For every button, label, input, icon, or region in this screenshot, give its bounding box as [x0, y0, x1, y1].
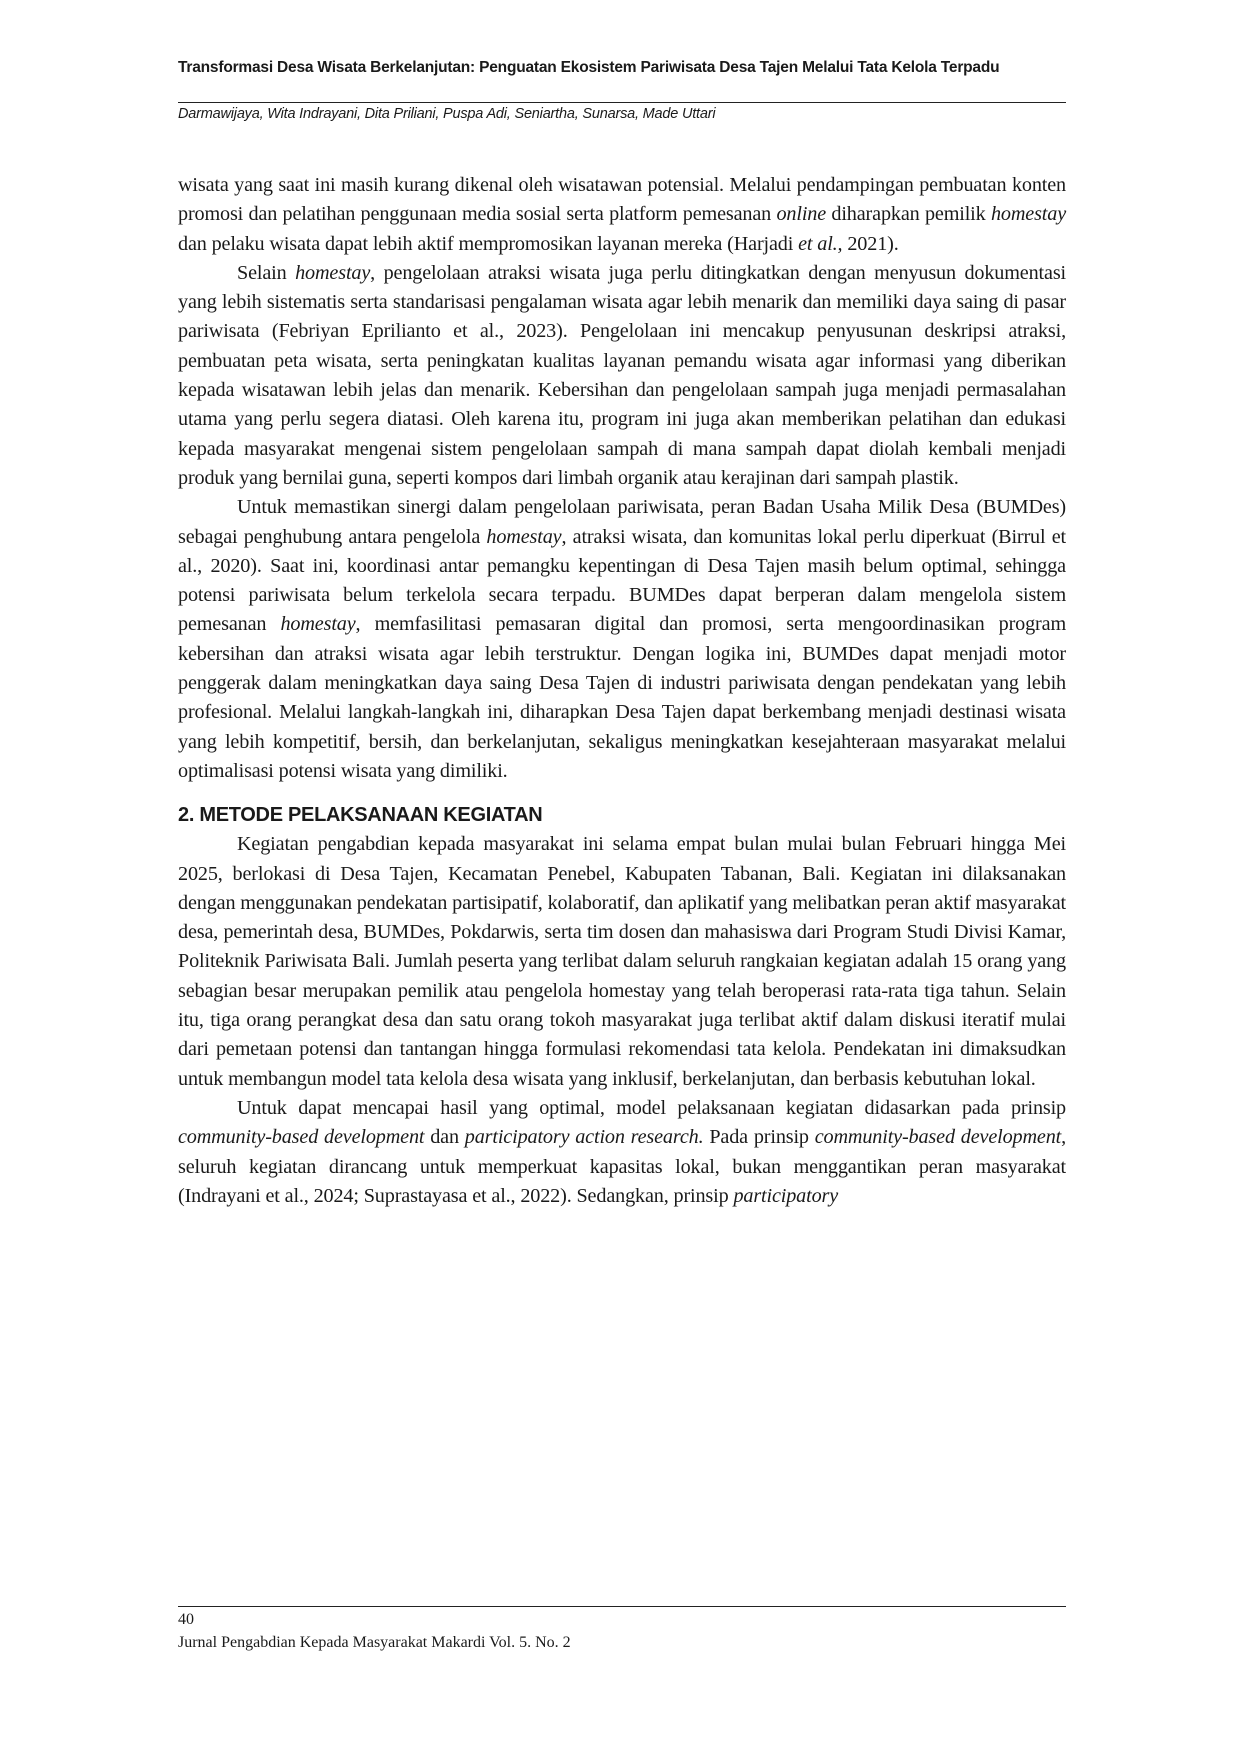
header-divider: [178, 102, 1066, 103]
paragraph-4: Kegiatan pengabdian kepada masyarakat in…: [178, 830, 1066, 1094]
running-header-title: Transformasi Desa Wisata Berkelanjutan: …: [178, 58, 1066, 78]
journal-footer: Jurnal Pengabdian Kepada Masyarakat Maka…: [178, 1633, 571, 1653]
page-number: 40: [178, 1610, 194, 1630]
article-body: wisata yang saat ini masih kurang dikena…: [178, 171, 1066, 1211]
paragraph-2: Selain homestay, pengelolaan atraksi wis…: [178, 259, 1066, 493]
paragraph-5: Untuk dapat mencapai hasil yang optimal,…: [178, 1094, 1066, 1211]
footer-divider: [178, 1606, 1066, 1607]
paragraph-1: wisata yang saat ini masih kurang dikena…: [178, 171, 1066, 259]
running-header: Transformasi Desa Wisata Berkelanjutan: …: [178, 58, 1066, 78]
running-header-authors: Darmawijaya, Wita Indrayani, Dita Prilia…: [178, 105, 715, 123]
section-heading: 2. METODE PELAKSANAAN KEGIATAN: [178, 801, 1066, 830]
paragraph-3: Untuk memastikan sinergi dalam pengelola…: [178, 493, 1066, 786]
